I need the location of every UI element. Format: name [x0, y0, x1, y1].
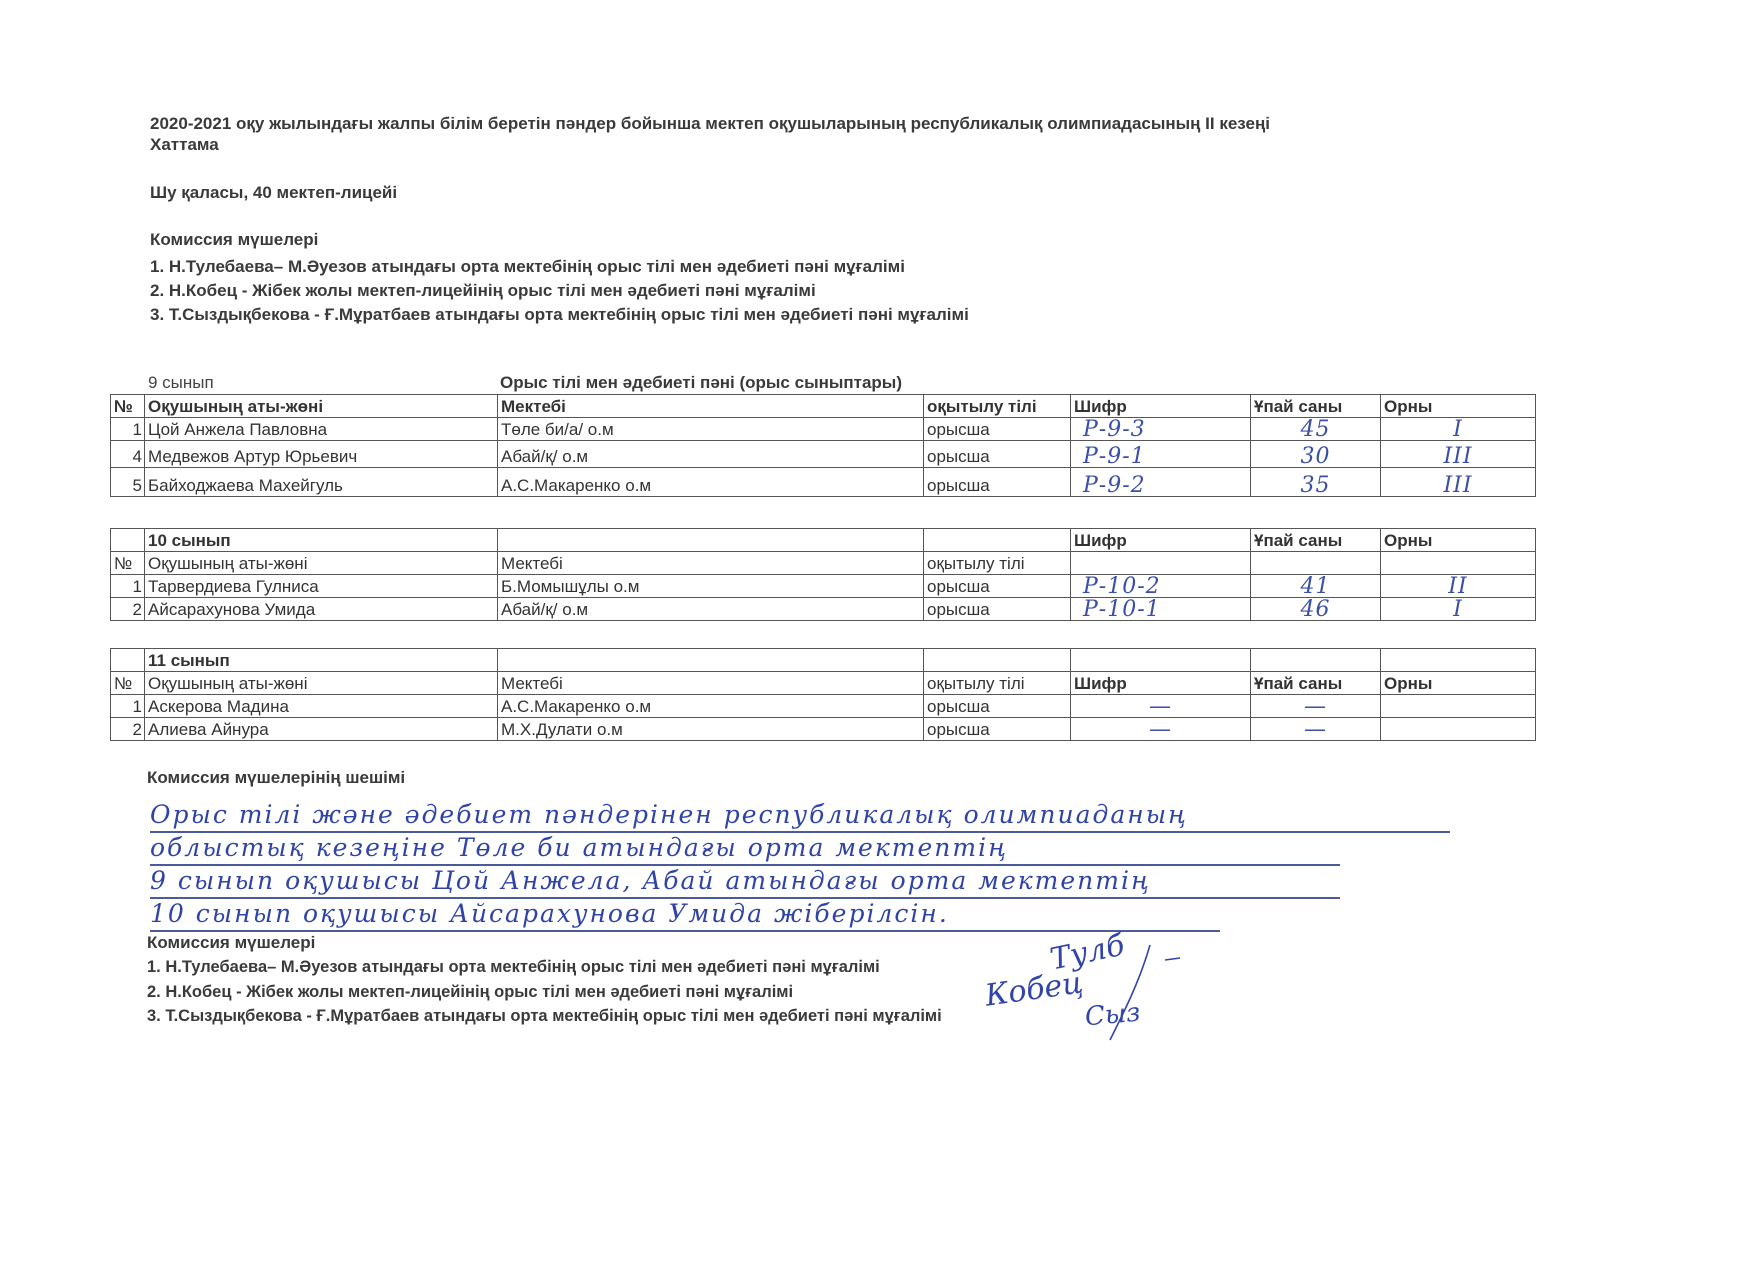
col-place: Орны: [1381, 395, 1536, 418]
grade11-label: 11 сынып: [145, 649, 498, 672]
table-row: 5 Байходжаева Махейгуль А.С.Макаренко о.…: [111, 468, 1536, 497]
student-name: Алиева Айнура: [145, 718, 498, 741]
place: [1381, 718, 1536, 741]
grade10-table: 10 сынып Шифр Ұпай саны Орны № Оқушының …: [110, 528, 1536, 621]
school-location: Шу қаласы, 40 мектеп-лицейі: [150, 183, 397, 203]
grade10-label: 10 сынып: [145, 529, 498, 552]
grade-label-row: 10 сынып Шифр Ұпай саны Орны: [111, 529, 1536, 552]
place: I: [1381, 598, 1536, 621]
table-row: 4 Медвежов Артур Юрьевич Абай/қ/ о.м оры…: [111, 441, 1536, 468]
col-name: Оқушының аты-жөні: [145, 395, 498, 418]
col-school: Мектебі: [498, 395, 924, 418]
col-school: Мектебі: [498, 672, 924, 695]
language: орысша: [924, 575, 1071, 598]
col-place: Орны: [1381, 529, 1536, 552]
row-num: 4: [111, 441, 145, 468]
place: [1381, 695, 1536, 718]
row-num: 5: [111, 468, 145, 497]
document-type: Хаттама: [150, 135, 219, 155]
language: орысша: [924, 718, 1071, 741]
col-code: Шифр: [1071, 672, 1251, 695]
commission-bottom-heading: Комиссия мүшелері: [147, 933, 315, 953]
code: Р-9-3: [1071, 418, 1251, 441]
school: А.С.Макаренко о.м: [498, 468, 924, 497]
col-name: Оқушының аты-жөні: [145, 672, 498, 695]
table-row: 1 Тарвердиева Гулниса Б.Момышұлы о.м оры…: [111, 575, 1536, 598]
row-num: 2: [111, 598, 145, 621]
code: —: [1071, 718, 1251, 741]
decision-line-2: облыстық кезеңіне Төле би атындағы орта …: [150, 833, 1340, 866]
decision-line-3: 9 сынып оқушысы Цой Анжела, Абай атындағ…: [150, 866, 1340, 899]
score: —: [1251, 695, 1381, 718]
col-num: №: [111, 672, 145, 695]
school: Б.Момышұлы о.м: [498, 575, 924, 598]
table-row: 2 Алиева Айнура М.Х.Дулати о.м орысша — …: [111, 718, 1536, 741]
language: орысша: [924, 468, 1071, 497]
student-name: Цой Анжела Павловна: [145, 418, 498, 441]
row-num: 1: [111, 418, 145, 441]
col-place: Орны: [1381, 672, 1536, 695]
commission-bottom-member-3: 3. Т.Сыздықбекова - Ғ.Мұратбаев атындағы…: [147, 1007, 942, 1026]
col-code: Шифр: [1071, 529, 1251, 552]
col-language: оқытылу тілі: [924, 672, 1071, 695]
col-code: Шифр: [1071, 395, 1251, 418]
commission-member-2: 2. Н.Кобец - Жібек жолы мектеп-лицейінің…: [150, 281, 816, 301]
col-name: Оқушының аты-жөні: [145, 552, 498, 575]
signature-2: Кобец: [983, 965, 1085, 1013]
commission-heading: Комиссия мүшелері: [150, 230, 318, 250]
decision-line-1: Орыс тілі және әдебиет пәндерінен респуб…: [150, 800, 1450, 833]
col-num: №: [111, 552, 145, 575]
grade9-label: 9 сынып: [148, 373, 214, 393]
score: 35: [1251, 468, 1381, 497]
document-title: 2020-2021 оқу жылындағы жалпы білім бере…: [150, 114, 1270, 134]
col-school: Мектебі: [498, 552, 924, 575]
table-header-row: № Оқушының аты-жөні Мектебі оқытылу тілі: [111, 552, 1536, 575]
grade11-table: 11 сынып № Оқушының аты-жөні Мектебі оқы…: [110, 648, 1536, 741]
code: Р-10-2: [1071, 575, 1251, 598]
col-score: Ұпай саны: [1251, 529, 1381, 552]
place: II: [1381, 575, 1536, 598]
student-name: Тарвердиева Гулниса: [145, 575, 498, 598]
row-num: 2: [111, 718, 145, 741]
table-header-row: № Оқушының аты-жөні Мектебі оқытылу тілі…: [111, 395, 1536, 418]
score: —: [1251, 718, 1381, 741]
place: III: [1381, 441, 1536, 468]
student-name: Айсарахунова Умида: [145, 598, 498, 621]
score: 46: [1251, 598, 1381, 621]
school: Төле би/а/ о.м: [498, 418, 924, 441]
commission-bottom-member-1: 1. Н.Тулебаева– М.Әуезов атындағы орта м…: [147, 958, 880, 977]
score: 45: [1251, 418, 1381, 441]
decision-heading: Комиссия мүшелерінің шешімі: [147, 768, 405, 788]
table-row: 1 Цой Анжела Павловна Төле би/а/ о.м оры…: [111, 418, 1536, 441]
school: Абай/қ/ о.м: [498, 441, 924, 468]
row-num: 1: [111, 575, 145, 598]
student-name: Медвежов Артур Юрьевич: [145, 441, 498, 468]
col-language: оқытылу тілі: [924, 552, 1071, 575]
student-name: Аскерова Мадина: [145, 695, 498, 718]
col-score: Ұпай саны: [1251, 395, 1381, 418]
code: —: [1071, 695, 1251, 718]
grade9-table: № Оқушының аты-жөні Мектебі оқытылу тілі…: [110, 394, 1536, 497]
table-row: 1 Аскерова Мадина А.С.Макаренко о.м орыс…: [111, 695, 1536, 718]
language: орысша: [924, 598, 1071, 621]
col-language: оқытылу тілі: [924, 395, 1071, 418]
code: Р-9-1: [1071, 441, 1251, 468]
table-row: 2 Айсарахунова Умида Абай/қ/ о.м орысша …: [111, 598, 1536, 621]
decision-line-4: 10 сынып оқушысы Айсарахунова Умида жібе…: [150, 899, 1220, 932]
col-num: №: [111, 395, 145, 418]
school: Абай/қ/ о.м: [498, 598, 924, 621]
signature-stroke-icon: [1080, 940, 1190, 1050]
handwritten-decision: Орыс тілі және әдебиет пәндерінен респуб…: [150, 800, 1460, 932]
score: 30: [1251, 441, 1381, 468]
commission-bottom-member-2: 2. Н.Кобец - Жібек жолы мектеп-лицейінің…: [147, 983, 793, 1002]
language: орысша: [924, 418, 1071, 441]
language: орысша: [924, 695, 1071, 718]
code: Р-10-1: [1071, 598, 1251, 621]
grade-label-row: 11 сынып: [111, 649, 1536, 672]
language: орысша: [924, 441, 1071, 468]
score: 41: [1251, 575, 1381, 598]
col-score: Ұпай саны: [1251, 672, 1381, 695]
place: I: [1381, 418, 1536, 441]
subject-title: Орыс тілі мен әдебиеті пәні (орыс сыныпт…: [500, 373, 902, 393]
school: М.Х.Дулати о.м: [498, 718, 924, 741]
student-name: Байходжаева Махейгуль: [145, 468, 498, 497]
code: Р-9-2: [1071, 468, 1251, 497]
commission-member-1: 1. Н.Тулебаева– М.Әуезов атындағы орта м…: [150, 257, 905, 277]
table-header-row: № Оқушының аты-жөні Мектебі оқытылу тілі…: [111, 672, 1536, 695]
row-num: 1: [111, 695, 145, 718]
school: А.С.Макаренко о.м: [498, 695, 924, 718]
commission-member-3: 3. Т.Сыздықбекова - Ғ.Мұратбаев атындағы…: [150, 305, 969, 325]
place: III: [1381, 468, 1536, 497]
